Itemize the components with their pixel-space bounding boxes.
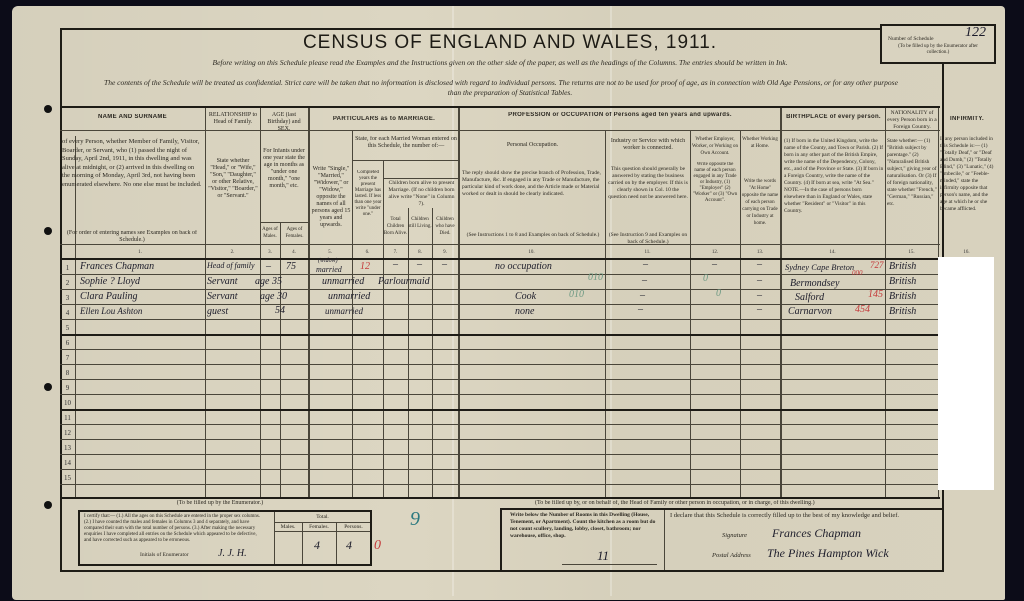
nationality: British	[889, 261, 916, 272]
occupation: none	[515, 306, 534, 317]
employer-status: 0	[716, 288, 721, 299]
initials-label: Initials of Enumerator	[140, 552, 189, 559]
col-number: 5.	[308, 250, 352, 255]
col-relationship-desc: State whether "Head," or "Wife," "Son," …	[207, 158, 259, 200]
postal-address-label: Postal Address	[712, 552, 751, 559]
nationality: British	[889, 276, 916, 287]
female-age: 75	[286, 261, 296, 272]
punch-hole	[44, 383, 52, 391]
col-number: 4.	[280, 250, 308, 255]
working-at-home: –	[757, 304, 762, 315]
schedule-number-box: Number of Schedule (To be filled up by t…	[880, 24, 996, 64]
col-number: 16.	[938, 250, 995, 255]
col-marriage-title: PARTICULARS as to MARRIAGE.	[333, 116, 435, 122]
row-number: 10	[60, 399, 75, 407]
col-name-desc: of every Person, whether Member of Famil…	[62, 138, 202, 189]
redaction-box	[938, 257, 994, 490]
birthplace: Bermondsey	[790, 278, 839, 289]
col-nationality-title: NATIONALITY of every Person born in a Fo…	[886, 110, 938, 131]
row-number: 15	[60, 474, 75, 482]
col-age-desc: For Infants under one year state the age…	[261, 148, 307, 190]
females-label: Females.	[303, 524, 335, 531]
row-number: 13	[60, 444, 75, 452]
children-died: –	[442, 259, 447, 270]
birthplace-code: 454	[855, 304, 870, 315]
birthplace-code: 727	[870, 260, 884, 270]
col-number: 2.	[205, 250, 260, 255]
row-number: 3	[60, 294, 75, 302]
industry: –	[640, 290, 645, 301]
row-number: 11	[60, 414, 75, 422]
occupier-box: Write below the Number of Rooms in this …	[500, 508, 944, 572]
confidential-line-2: than the preparation of Statistical Tabl…	[300, 88, 720, 98]
instruction-line: Before writing on this Schedule please r…	[140, 58, 860, 68]
marriage-status: married	[316, 265, 342, 274]
employer-status: –	[712, 259, 717, 270]
col-infirmity-desc: If any person included in this Schedule …	[940, 136, 995, 213]
occupation-code: 010	[569, 289, 584, 300]
col-personal-note: (See Instructions 1 to 8 and Examples on…	[462, 232, 604, 239]
birthplace: Salford	[795, 292, 824, 303]
female-age: age 30	[260, 291, 287, 302]
person-name: Frances Chapman	[80, 261, 154, 272]
female-age: 54	[275, 305, 285, 316]
row-number: 6	[60, 339, 75, 347]
female-age: age 35	[255, 276, 282, 287]
col-age-males: Ages of Males.	[260, 226, 280, 240]
col-age-title: AGE (last Birthday) and SEX.	[261, 112, 307, 133]
person-name: Clara Pauling	[80, 291, 138, 302]
persons-total: 4	[346, 538, 352, 553]
col-number: 6.	[352, 250, 383, 255]
form-title: CENSUS OF ENGLAND AND WALES, 1911.	[300, 32, 720, 54]
red-margin-mark: 0	[374, 538, 381, 554]
relationship: Servant	[207, 291, 238, 302]
signature-label: Signature	[722, 532, 747, 539]
col-number: 13.	[740, 250, 780, 255]
person-name: Sophie ? Lloyd	[80, 276, 140, 287]
schedule-number-note: (To be filled up by the Enumerator after…	[888, 44, 988, 56]
col-personal-occupation: Personal Occupation.	[460, 142, 605, 149]
col-children-born: Children born alive to present Marriage.…	[385, 180, 458, 208]
birthplace: Sydney Cape Breton	[785, 262, 854, 272]
working-at-home: –	[757, 290, 762, 301]
schedule-number: 122	[965, 25, 986, 41]
marriage-status: unmarried	[325, 306, 363, 316]
occupation-code: 010	[588, 272, 603, 283]
children-living: –	[417, 259, 422, 270]
marriage-status: unmarried	[322, 276, 364, 287]
signature: Frances Chapman	[772, 526, 861, 541]
col-number: 7.	[383, 250, 408, 255]
col-infirmity-title: INFIRMITY.	[950, 116, 984, 122]
enumerator-initials: J. J. H.	[218, 548, 247, 559]
row-number: 12	[60, 429, 75, 437]
occupier-heading: (To be filled up by, or on behalf of, th…	[535, 500, 945, 507]
col-number: 1.	[75, 250, 205, 255]
marriage-note: (widow)	[318, 258, 338, 264]
col-number: 15.	[885, 250, 938, 255]
male-age: –	[266, 261, 271, 272]
row-number: 5	[60, 324, 75, 332]
punch-hole	[44, 227, 52, 235]
females-total: 4	[314, 538, 320, 553]
col-birthplace-title: BIRTHPLACE of every person.	[786, 114, 881, 120]
col-nationality-desc: State whether:— (1) "British subject by …	[887, 138, 937, 208]
col-marriage-desc: Write "Single," "Married," "Widower," or…	[310, 166, 352, 229]
total-children: –	[393, 259, 398, 270]
punch-hole	[44, 105, 52, 113]
declaration-text: I declare that this Schedule is correctl…	[670, 512, 940, 519]
enumerator-box: I certify that:— (1.) All the ages on th…	[78, 510, 372, 566]
industry: –	[638, 304, 643, 315]
schedule-number-label: Number of Schedule	[888, 36, 934, 42]
row-number: 8	[60, 369, 75, 377]
years-married: 12	[360, 261, 370, 272]
col-industry-desc: This question should generally be answer…	[607, 166, 689, 201]
col-home: Whether Working at Home.	[741, 136, 779, 150]
col-employer-desc: Write opposite the name of each person e…	[691, 162, 739, 204]
col-name-note: (For order of entering names see Example…	[62, 230, 202, 244]
col-years-married: Completed years the present Marriage has…	[353, 170, 383, 218]
col-children-died: Children who have Died.	[432, 216, 458, 237]
occupation: Cook	[515, 291, 536, 302]
birthplace-code: 000	[852, 269, 863, 277]
col-employer: Whether Employer, Worker, or Working on …	[691, 136, 739, 157]
col-number: 12.	[690, 250, 740, 255]
nationality: British	[889, 291, 916, 302]
col-occupation-title: PROFESSION or OCCUPATION of Persons aged…	[508, 112, 732, 118]
enumerator-heading: (To be filled up by the Enumerator.)	[120, 500, 320, 507]
col-birthplace-desc: (1) If born in the United Kingdom, write…	[784, 138, 884, 215]
nationality: British	[889, 306, 916, 317]
col-children-living: Children still Living.	[408, 216, 432, 230]
row-number: 14	[60, 459, 75, 467]
working-at-home: –	[757, 275, 762, 286]
birthplace-code: 145	[868, 289, 883, 300]
row-number: 2	[60, 279, 75, 287]
census-table: NAME AND SURNAME of every Person, whethe…	[60, 106, 940, 498]
rooms-count: 11	[597, 548, 609, 564]
col-number: 11.	[605, 250, 690, 255]
col-total-children: Total Children Born Alive.	[383, 216, 408, 237]
col-number: 3.	[260, 250, 280, 255]
person-name: Ellen Lou Ashton	[80, 306, 142, 316]
relationship: Head of family	[207, 261, 255, 270]
row-number: 9	[60, 384, 75, 392]
green-margin-mark: 9	[410, 508, 420, 531]
col-number: 8.	[408, 250, 432, 255]
col-home-desc: Write the words "At Home" opposite the n…	[741, 178, 779, 227]
occupation: no occupation	[495, 261, 552, 272]
postal-address: The Pines Hampton Wick	[767, 546, 889, 561]
industry: –	[643, 259, 648, 270]
working-at-home: –	[757, 259, 762, 270]
col-number: 9.	[432, 250, 458, 255]
col-relationship-title: RELATIONSHIP to Head of Family.	[207, 112, 259, 126]
industry: –	[642, 275, 647, 286]
relationship: guest	[207, 306, 228, 317]
punch-hole	[44, 501, 52, 509]
rooms-instructions: Write below the Number of Rooms in this …	[510, 512, 658, 540]
employer-status: 0	[703, 273, 708, 284]
occupation: Parlourmaid	[378, 276, 430, 287]
col-personal-desc: The reply should show the precise branch…	[462, 170, 604, 198]
enumerator-certify: I certify that:— (1.) All the ages on th…	[84, 514, 264, 544]
col-industry-note: (See Instruction 9 and Examples on back …	[607, 232, 689, 246]
col-age-females: Ages of Females.	[281, 226, 308, 240]
relationship: Servant	[207, 276, 238, 287]
total-label: Total.	[275, 514, 370, 521]
row-number: 7	[60, 354, 75, 362]
confidential-line: The contents of the Schedule will be tre…	[66, 78, 936, 88]
birthplace: Carnarvon	[788, 306, 832, 317]
marriage-status: unmarried	[328, 291, 370, 302]
col-married-woman: State, for each Married Woman entered on…	[354, 136, 458, 150]
col-number: 10.	[458, 250, 605, 255]
col-number: 14.	[780, 250, 885, 255]
row-number: 1	[60, 264, 75, 272]
col-industry: Industry or Service with which worker is…	[607, 138, 689, 152]
row-number: 4	[60, 309, 75, 317]
persons-label: Persons.	[337, 524, 370, 531]
col-name-title: NAME AND SURNAME	[98, 114, 167, 120]
males-label: Males.	[276, 524, 300, 531]
